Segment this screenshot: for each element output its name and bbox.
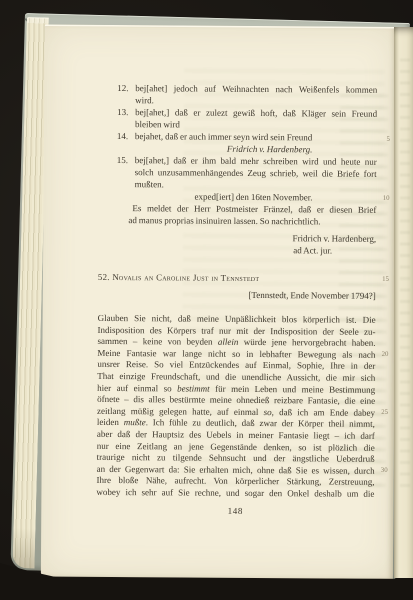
page-number: 148: [96, 503, 374, 517]
list-item: 13. bej[ahet,] daß er zulezt gewiß hoft,…: [99, 106, 377, 132]
entry-line: bej[ahet] jedoch auf Weihnachten nach We…: [135, 82, 377, 96]
photo-background: 5 10 15 20 25 30 12. bej[ahet] jedoch au…: [0, 0, 413, 600]
entry-number: 14.: [117, 130, 128, 142]
list-item: 12. bej[ahet] jedoch auf Weihnachten nac…: [99, 82, 377, 108]
postscript: Es meldet der Herr Postmeister Fränzel, …: [98, 202, 376, 228]
text-column: 12. bej[ahet] jedoch auf Weihnachten nac…: [96, 82, 377, 517]
signature-block: Fridrich v. Hardenberg, ad Act. jur.: [98, 231, 376, 257]
entry-line: mußten.: [135, 178, 377, 192]
letter-line: wobey ich sehr auf Sie rechne, und sogar…: [96, 487, 374, 501]
dateline: [Tennstedt, Ende November 1794?]: [98, 288, 376, 302]
book-page: 5 10 15 20 25 30 12. bej[ahet] jedoch au…: [41, 25, 397, 579]
postscript-line: ad manus proprias insinuiren lassen. So …: [98, 214, 376, 228]
list-item: 14. bejahet, daß er auch immer seyn wird…: [99, 130, 377, 156]
entry-number: 12.: [117, 82, 128, 94]
section-heading: 52. Novalis an Caroline Just in Tennsted…: [98, 271, 376, 285]
entry-line: solch unzusammenhängendes Zeug schrieb, …: [135, 166, 377, 180]
entry-number: 13.: [117, 106, 128, 118]
signature-title: ad Act. jur.: [98, 243, 376, 257]
facing-page-edge: [394, 27, 413, 578]
book: 5 10 15 20 25 30 12. bej[ahet] jedoch au…: [10, 13, 413, 586]
letter-body: Glauben Sie nicht, daß meine Unpäßlichke…: [96, 313, 375, 500]
inline-signature: Fridrich v. Hardenberg.: [227, 143, 377, 156]
entry-number: 15.: [117, 154, 128, 166]
list-item: 15. bej[ahet,] daß er ihm bald mehr schr…: [99, 154, 377, 192]
entry-line: bejahet, daß er auch immer seyn wird sei…: [135, 130, 377, 144]
